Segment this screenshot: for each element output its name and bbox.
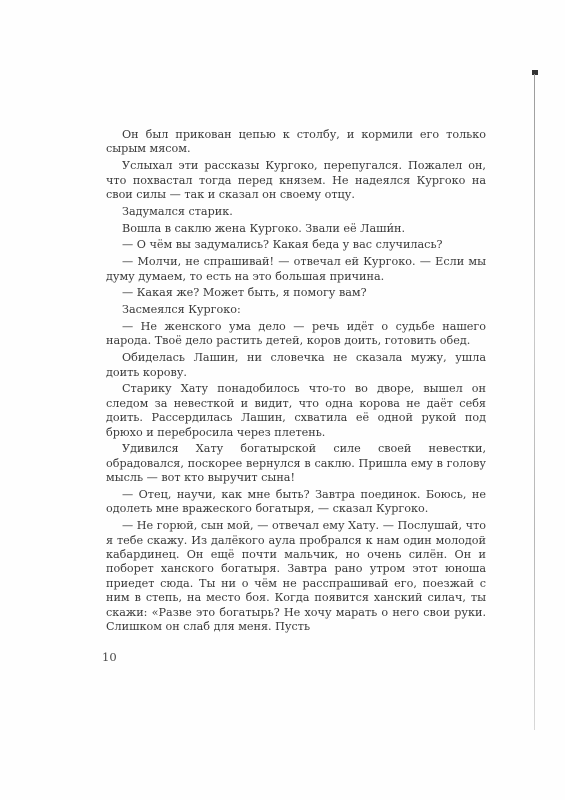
paragraph: Обиделась Лашин, ни словечка не сказала … — [106, 351, 486, 380]
paragraph: Вошла в саклю жена Кургоко. Звали её Лаш… — [106, 222, 486, 236]
paragraph: — Не женского ума дело — речь идёт о суд… — [106, 320, 486, 349]
scan-edge-mark — [532, 70, 538, 75]
paragraph: — Не горюй, сын мой, — отвечал ему Хату.… — [106, 519, 486, 634]
paragraph: — О чём вы задумались? Какая беда у вас … — [106, 238, 486, 252]
paragraph: — Молчи, не спрашивай! — отвечал ей Кург… — [106, 255, 486, 284]
scanned-book-page: Он был прикован цепью к столбу, и кормил… — [0, 0, 565, 800]
paragraph: Услыхал эти рассказы Кургоко, перепугалс… — [106, 159, 486, 202]
paragraph: Старику Хату понадобилось что-то во двор… — [106, 382, 486, 440]
body-text: Он был прикован цепью к столбу, и кормил… — [106, 128, 486, 637]
paragraph: — Отец, научи, как мне быть? Завтра поед… — [106, 488, 486, 517]
paragraph: — Какая же? Может быть, я помогу вам? — [106, 286, 486, 300]
paragraph: Он был прикован цепью к столбу, и кормил… — [106, 128, 486, 157]
page-number: 10 — [102, 650, 117, 664]
scan-edge-line — [534, 74, 535, 730]
paragraph: Задумался старик. — [106, 205, 486, 219]
paragraph: Засмеялся Кургоко: — [106, 303, 486, 317]
paragraph: Удивился Хату богатырской силе своей нев… — [106, 442, 486, 485]
